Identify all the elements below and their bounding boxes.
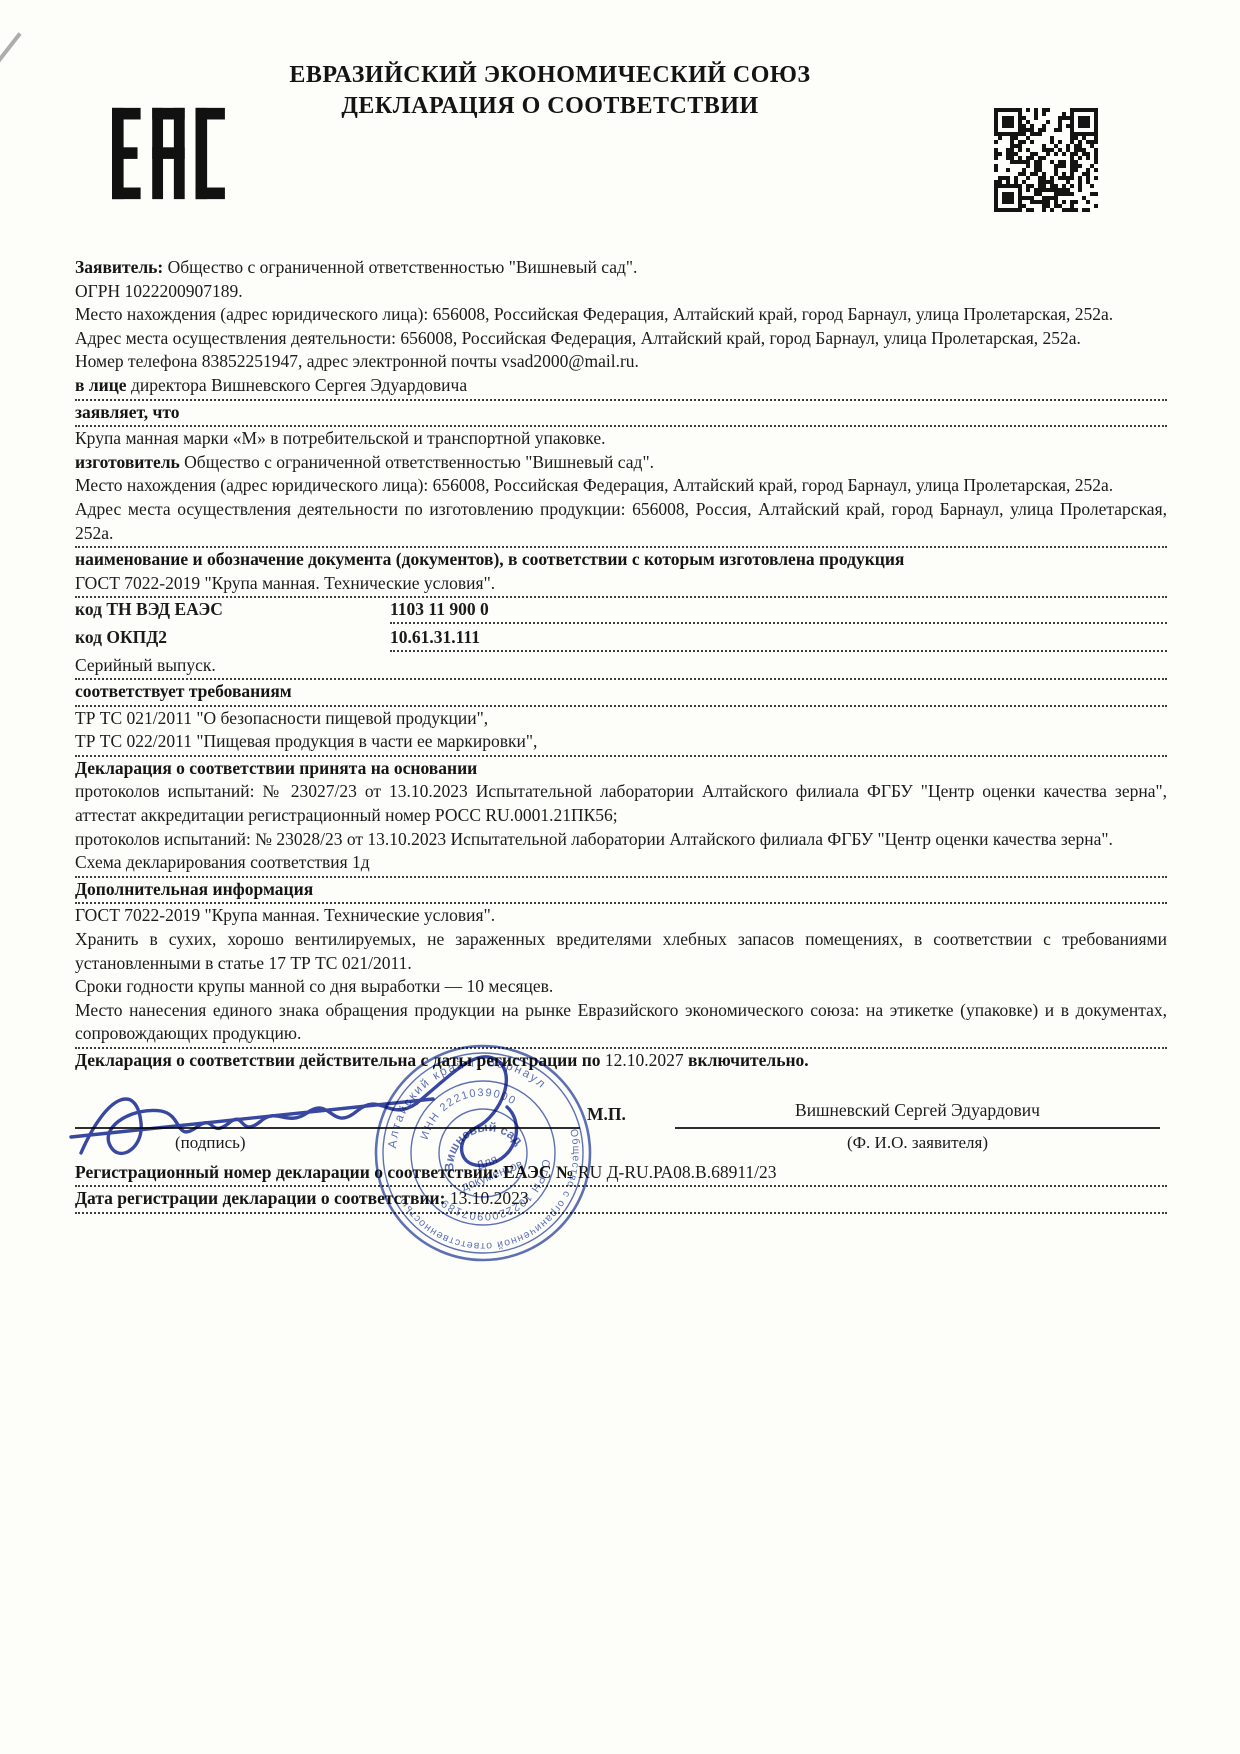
- applicant-legal-address: Место нахождения (адрес юридического лиц…: [75, 303, 1167, 327]
- manufacturer-label: изготовитель: [75, 452, 180, 472]
- gost-line: ГОСТ 7022-2019 "Крупа манная. Технически…: [75, 572, 1167, 599]
- document-body: Заявитель: Общество с ограниченной ответ…: [75, 256, 1167, 1214]
- signature-block: (подпись) М.П. Вишневский Сергей Эдуардо…: [75, 1073, 1167, 1161]
- manufacturer-line: изготовитель Общество с ограниченной отв…: [75, 451, 1167, 475]
- manufacturer-name: Общество с ограниченной ответственностью…: [184, 452, 654, 472]
- representative-label: в лице: [75, 375, 127, 395]
- okpd2-row: код ОКПД2 10.61.31.111: [75, 626, 1167, 652]
- scan-artifact: [0, 32, 22, 75]
- manufacturer-legal-address: Место нахождения (адрес юридического лиц…: [75, 474, 1167, 498]
- protocol-1: протоколов испытаний: № 23027/23 от 13.1…: [75, 780, 1167, 827]
- declares-heading: заявляет, что: [75, 401, 1167, 428]
- representative-name: директора Вишневского Сергея Эдуардовича: [131, 375, 467, 395]
- applicant-contacts: Номер телефона 83852251947, адрес электр…: [75, 350, 1167, 374]
- tnved-row: код ТН ВЭД ЕАЭС 1103 11 900 0: [75, 598, 1167, 624]
- validity-date: 12.10.2027: [605, 1050, 684, 1070]
- compliance-heading: соответствует требованиям: [75, 680, 1167, 707]
- manufacturing-address: Адрес места осуществления деятельности п…: [75, 498, 1167, 548]
- okpd2-value: 10.61.31.111: [390, 626, 1167, 652]
- protocol-2: протоколов испытаний: № 23028/23 от 13.1…: [75, 828, 1167, 852]
- representative-line: в лице директора Вишневского Сергея Эдуа…: [75, 374, 1167, 401]
- shelf-life: Сроки годности крупы манной со дня выраб…: [75, 975, 1167, 999]
- applicant-activity-address: Адрес места осуществления деятельности: …: [75, 327, 1167, 351]
- additional-heading: Дополнительная информация: [75, 878, 1167, 905]
- handwritten-signature: [67, 1045, 607, 1195]
- regulation-1: ТР ТС 021/2011 "О безопасности пищевой п…: [75, 707, 1167, 731]
- serial-line: Серийный выпуск.: [75, 654, 1167, 681]
- tnved-value: 1103 11 900 0: [390, 598, 1167, 624]
- tnved-label: код ТН ВЭД ЕАЭС: [75, 598, 390, 624]
- fio-caption: (Ф. И.О. заявителя): [675, 1131, 1160, 1155]
- docs-heading: наименование и обозначение документа (до…: [75, 548, 1167, 572]
- regulation-2: ТР ТС 022/2011 "Пищевая продукция в част…: [75, 730, 1167, 757]
- applicant-fio: Вишневский Сергей Эдуардович: [675, 1099, 1160, 1123]
- validity-text-after: включительно.: [688, 1050, 809, 1070]
- product-description: Крупа манная марки «М» в потребительской…: [75, 427, 1167, 451]
- applicant-line: Заявитель: Общество с ограниченной ответ…: [75, 256, 1167, 280]
- eac-mark-icon: [112, 94, 228, 213]
- basis-heading: Декларация о соответствии принята на осн…: [75, 757, 1167, 781]
- scheme-line: Схема декларирования соответствия 1д: [75, 851, 1167, 878]
- applicant-label: Заявитель:: [75, 257, 163, 277]
- applicant-name: Общество с ограниченной ответственностью…: [168, 257, 638, 277]
- applicant-ogrn: ОГРН 1022200907189.: [75, 280, 1167, 304]
- mark-place: Место нанесения единого знака обращения …: [75, 999, 1167, 1049]
- additional-gost: ГОСТ 7022-2019 "Крупа манная. Технически…: [75, 904, 1167, 928]
- okpd2-label: код ОКПД2: [75, 626, 390, 652]
- qr-code: [994, 108, 1098, 212]
- declaration-document: ЕВРАЗИЙСКИЙ ЭКОНОМИЧЕСКИЙ СОЮЗ ДЕКЛАРАЦИ…: [0, 0, 1240, 1754]
- storage-conditions: Хранить в сухих, хорошо вентилируемых, н…: [75, 928, 1167, 975]
- title-union: ЕВРАЗИЙСКИЙ ЭКОНОМИЧЕСКИЙ СОЮЗ: [75, 60, 1025, 91]
- fio-line: [675, 1127, 1160, 1129]
